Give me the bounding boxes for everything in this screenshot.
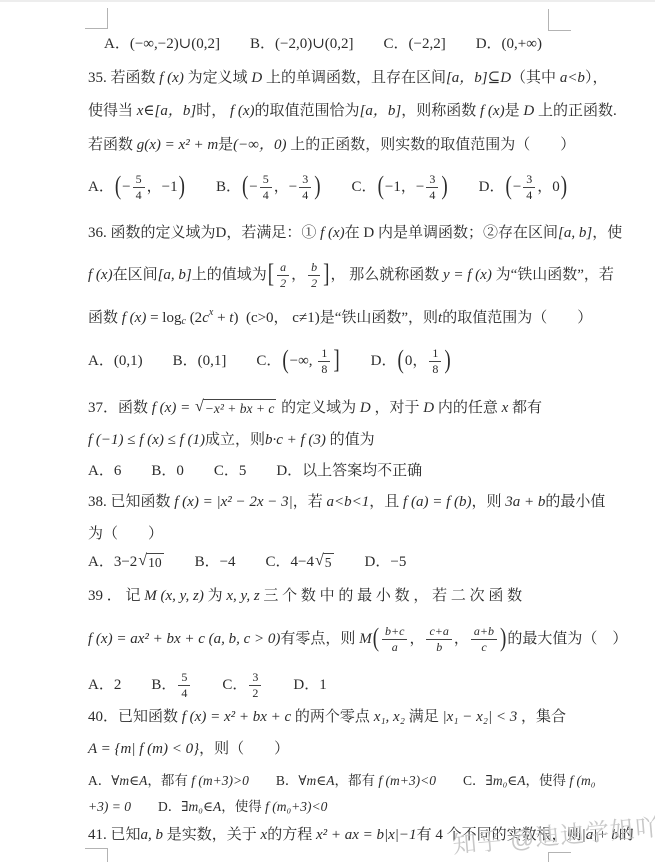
math-run: ∀m∈A bbox=[111, 773, 147, 789]
big-bracket: ) bbox=[441, 171, 447, 203]
math-run: f (m+3)>0 bbox=[191, 773, 249, 789]
math-run: f (m+3)<0 bbox=[378, 773, 436, 789]
text-line: A．3−2√10 B．−4 C．4−4√5 D．−5 bbox=[88, 549, 406, 575]
big-bracket: ( bbox=[378, 171, 384, 203]
big-bracket: ( bbox=[115, 171, 121, 203]
math-run: (−∞，0) bbox=[233, 136, 286, 154]
text-line: A．(−54，−1) B．(−54，−34) C．(−1，−34) D．(−34… bbox=[88, 166, 568, 208]
text-run: + bbox=[213, 309, 229, 327]
text-run: 函数 bbox=[88, 309, 122, 327]
text-run: ，对于 bbox=[371, 399, 424, 417]
text-run: 36. 函数的定义域为D，若满足：① bbox=[88, 224, 320, 242]
math-run: D bbox=[360, 399, 371, 417]
text-run: A．(−∞,−2)∪(0,2] B．(−2,0)∪(0,2] C．(−2,2] … bbox=[104, 35, 542, 53]
text-line: A．2 B．54 C．32 D．1 bbox=[88, 664, 327, 706]
text-run: 若函数 bbox=[88, 136, 137, 154]
text-run: ) (c>0， c≠1)是“铁山函数”，则 bbox=[233, 309, 438, 327]
math-run: b·c + f (3) bbox=[265, 431, 326, 449]
text-run: D． bbox=[341, 352, 397, 370]
fraction: 54 bbox=[260, 173, 272, 201]
text-run: A．6 B．0 C．5 D．以上答案均不正确 bbox=[88, 462, 422, 480]
fraction: 34 bbox=[299, 173, 311, 201]
text-run: D． bbox=[131, 799, 181, 815]
text-run: 38. 已知函数 bbox=[88, 493, 174, 511]
text-run: 的定义域为 bbox=[277, 399, 360, 417]
text-line: 使得当 x∈[a，b]时， f (x)的取值范围恰为[a，b]，则称函数 f (… bbox=[88, 100, 617, 122]
text-run: ， bbox=[454, 630, 469, 648]
text-boundary-mark-top-right bbox=[548, 9, 571, 31]
math-run: D bbox=[423, 399, 434, 417]
math-run: c bbox=[202, 309, 209, 327]
math-run: x bbox=[502, 399, 509, 417]
big-bracket: ) bbox=[179, 171, 185, 203]
math-run: f (x) = bbox=[152, 399, 194, 417]
fraction: b2 bbox=[308, 261, 320, 289]
text-run: B． bbox=[249, 773, 299, 789]
radical: √5 bbox=[315, 553, 334, 572]
math-run: [a，b] bbox=[360, 102, 402, 120]
text-line: A．(−∞,−2)∪(0,2] B．(−2,0)∪(0,2] C．(−2,2] … bbox=[104, 33, 542, 55]
fraction: 34 bbox=[426, 173, 438, 201]
text-run: 35. 若函数 bbox=[88, 69, 159, 87]
math-run: |x₁ − x₂| < 3 bbox=[442, 708, 517, 726]
text-run: ，都有 bbox=[335, 773, 379, 789]
text-run: 39 ． 记 bbox=[88, 587, 144, 605]
math-run: f (x) bbox=[88, 266, 113, 284]
fraction: c+ab bbox=[426, 625, 451, 653]
text-line: A = {m| f (m) < 0}，则（ ） bbox=[88, 738, 289, 760]
text-run: （其中 bbox=[511, 69, 560, 87]
text-run: ，0 bbox=[537, 178, 560, 196]
radical: √−x² + bx + c bbox=[195, 399, 276, 418]
fraction: 54 bbox=[178, 671, 190, 699]
text-line: +3) = 0 D．∃m₀∈A，使得 f (m₀+3)<0 bbox=[88, 796, 327, 818]
text-run: 为 bbox=[204, 587, 227, 605]
math-run: [a, b] bbox=[158, 266, 192, 284]
math-run: M bbox=[359, 630, 372, 648]
text-line: 若函数 g(x) = x² + m是(−∞，0) 上的正函数，则实数的取值范围为… bbox=[88, 134, 575, 156]
text-line: A．∀m∈A，都有 f (m+3)>0 B．∀m∈A，都有 f (m+3)<0 … bbox=[88, 770, 595, 792]
text-run: 上的正函数，则实数的取值范围为（ ） bbox=[286, 136, 575, 154]
big-bracket: ] bbox=[323, 259, 329, 291]
math-run: f (x) bbox=[320, 224, 345, 242]
text-run: 40．已知函数 bbox=[88, 708, 182, 726]
math-run: g(x) = x² + m bbox=[137, 136, 218, 154]
text-run: A．3−2 bbox=[88, 553, 137, 571]
text-run: 41. 已知 bbox=[88, 826, 141, 844]
fraction: 34 bbox=[523, 173, 535, 201]
text-run: 满足 bbox=[405, 708, 443, 726]
text-run: ，− bbox=[274, 178, 297, 196]
text-line: A．6 B．0 C．5 D．以上答案均不正确 bbox=[88, 460, 422, 482]
math-run: D bbox=[523, 102, 534, 120]
math-run: y = f (x) bbox=[443, 266, 492, 284]
text-run: C． bbox=[322, 178, 377, 196]
text-run: ，使得 bbox=[526, 773, 570, 789]
text-run: ，集合 bbox=[517, 708, 566, 726]
text-run: 为（ ） bbox=[88, 525, 163, 543]
text-run: 使得当 bbox=[88, 102, 137, 120]
text-run: 0， bbox=[405, 352, 428, 370]
math-run: x∈[a，b] bbox=[137, 102, 196, 120]
text-run: 的最大值为（ ） bbox=[507, 630, 627, 648]
text-run: 是 bbox=[505, 102, 524, 120]
text-run: ，且 bbox=[369, 493, 403, 511]
big-bracket: ( bbox=[397, 345, 403, 377]
math-run: [a，b]⊆D bbox=[446, 69, 511, 87]
text-run: 是 bbox=[218, 136, 233, 154]
math-run: ∃m₀∈A bbox=[486, 773, 526, 789]
fraction: 54 bbox=[133, 173, 145, 201]
text-boundary-mark-bottom-right bbox=[548, 852, 571, 862]
superscript: x bbox=[209, 307, 213, 319]
text-line: f (x) = ax² + bx + c (a, b, c > 0)有零点，则 … bbox=[88, 616, 627, 662]
math-run: f (a) = f (b) bbox=[403, 493, 471, 511]
text-run: D．−5 bbox=[335, 553, 407, 571]
text-run: 为定义域 bbox=[184, 69, 252, 87]
text-boundary-mark-top-left bbox=[85, 8, 108, 29]
math-run: +3) = 0 bbox=[88, 799, 131, 815]
math-run: f (−1) ≤ f (x) ≤ f (1) bbox=[88, 431, 205, 449]
math-run: A = {m| f (m) < 0} bbox=[88, 740, 199, 758]
text-run: 上的正函数. bbox=[534, 102, 617, 120]
text-run: 上的单调函数，且存在区间 bbox=[262, 69, 446, 87]
big-bracket: ) bbox=[314, 171, 320, 203]
text-run: −∞, bbox=[290, 352, 317, 370]
math-run: f (x) bbox=[480, 102, 505, 120]
text-run: A． bbox=[88, 773, 111, 789]
text-run: − bbox=[249, 178, 257, 196]
text-run: 37．函数 bbox=[88, 399, 152, 417]
fraction: 32 bbox=[249, 671, 261, 699]
fraction: a+bc bbox=[471, 625, 497, 653]
math-run: M (x, y, z) bbox=[144, 587, 204, 605]
text-run: − bbox=[122, 178, 130, 196]
text-run: ，若 bbox=[293, 493, 327, 511]
big-bracket: ( bbox=[282, 345, 288, 377]
text-run: D．1 bbox=[263, 676, 326, 694]
math-run: ∀m∈A bbox=[298, 773, 334, 789]
math-run: f (x) bbox=[122, 309, 147, 327]
text-run: ，都有 bbox=[147, 773, 191, 789]
text-run: 内的任意 bbox=[434, 399, 502, 417]
radical: √10 bbox=[138, 553, 163, 572]
text-run: 三 个 数 中 的 最 小 数 ， 若 二 次 函 数 bbox=[260, 587, 523, 605]
text-run: 的两个零点 bbox=[291, 708, 374, 726]
text-run: = log bbox=[146, 309, 181, 327]
text-run: A．2 B． bbox=[88, 676, 176, 694]
text-boundary-mark-bottom-left bbox=[85, 848, 108, 862]
text-line: 35. 若函数 f (x) 为定义域 D 上的单调函数，且存在区间[a，b]⊆D… bbox=[88, 67, 607, 89]
text-line: 38. 已知函数 f (x) = |x² − 2x − 3|，若 a<b<1，且… bbox=[88, 491, 605, 513]
big-bracket: ] bbox=[333, 345, 339, 377]
text-run: 的值为 bbox=[326, 431, 375, 449]
text-run: 是实数，关于 bbox=[163, 826, 261, 844]
math-run: x bbox=[261, 826, 268, 844]
text-run: ， 那么就称函数 bbox=[330, 266, 443, 284]
text-run: ，−1 bbox=[147, 178, 178, 196]
text-line: 36. 函数的定义域为D，若满足：① f (x)在 D 内是单调函数；②存在区间… bbox=[88, 222, 622, 244]
text-run: 的方程 bbox=[267, 826, 316, 844]
text-run: A．(0,1) B．(0,1] C． bbox=[88, 352, 281, 370]
text-line: 为（ ） bbox=[88, 523, 163, 545]
text-run: (2 bbox=[186, 309, 202, 327]
text-line: 40．已知函数 f (x) = x² + bx + c 的两个零点 x₁, x₂… bbox=[88, 706, 566, 728]
math-run: f (x) = x² + bx + c bbox=[182, 708, 291, 726]
math-run: [a, b] bbox=[558, 224, 592, 242]
big-bracket: ( bbox=[505, 171, 511, 203]
text-run: ，则 bbox=[471, 493, 505, 511]
text-run: 的取值范围为（ ） bbox=[442, 309, 592, 327]
math-run: f (x) = ax² + bx + c (a, b, c > 0) bbox=[88, 630, 280, 648]
math-run: f (m₀+3)<0 bbox=[265, 799, 327, 815]
text-run: 为“铁山函数”，若 bbox=[492, 266, 614, 284]
text-run: 上的值域为 bbox=[192, 266, 267, 284]
text-run: 有零点，则 bbox=[280, 630, 359, 648]
math-run: ∃m₀∈A bbox=[181, 799, 221, 815]
text-run: ， bbox=[291, 266, 306, 284]
text-line: 39 ． 记 M (x, y, z) 为 x, y, z 三 个 数 中 的 最… bbox=[88, 585, 522, 607]
math-run: x, y, z bbox=[226, 587, 259, 605]
math-run: f (m₀ bbox=[569, 773, 595, 789]
text-run: 的最小值 bbox=[545, 493, 605, 511]
math-run: x₁, x₂ bbox=[374, 708, 405, 726]
big-bracket: ) bbox=[444, 345, 450, 377]
math-run: f (x) bbox=[159, 69, 184, 87]
math-run: a, b bbox=[141, 826, 164, 844]
text-run: ，则称函数 bbox=[401, 102, 480, 120]
text-run: − bbox=[513, 178, 521, 196]
text-line: f (x)在区间[a, b]上的值域为[a2，b2]， 那么就称函数 y = f… bbox=[88, 251, 614, 299]
text-run: ，使得 bbox=[221, 799, 265, 815]
text-line: A．(0,1) B．(0,1] C．(−∞, 18] D．(0，18) bbox=[88, 339, 452, 383]
text-run: B． bbox=[186, 178, 241, 196]
text-run: C． bbox=[436, 773, 486, 789]
fraction: b+ca bbox=[382, 625, 407, 653]
text-run: D． bbox=[449, 178, 505, 196]
document-page: A．(−∞,−2)∪(0,2] B．(−2,0)∪(0,2] C．(−2,2] … bbox=[0, 0, 655, 862]
text-run: ， bbox=[409, 630, 424, 648]
text-run: A． bbox=[88, 178, 114, 196]
math-run: f (x) bbox=[230, 102, 255, 120]
text-run: 的取值范围恰为 bbox=[255, 102, 360, 120]
text-run: 在 D 内是单调函数；②存在区间 bbox=[345, 224, 558, 242]
text-line: 函数 f (x) = logc (2cx + t) (c>0， c≠1)是“铁山… bbox=[88, 307, 592, 329]
text-run: 成立，则 bbox=[205, 431, 265, 449]
math-run: D bbox=[251, 69, 262, 87]
fraction: 18 bbox=[318, 347, 330, 375]
math-run: 3a + b bbox=[505, 493, 545, 511]
text-line: 37．函数 f (x) = √−x² + bx + c 的定义域为 D ，对于 … bbox=[88, 395, 542, 421]
text-line: f (−1) ≤ f (x) ≤ f (1)成立，则b·c + f (3) 的值… bbox=[88, 429, 375, 451]
text-run: ，则（ ） bbox=[199, 740, 289, 758]
text-run: 都有 bbox=[508, 399, 542, 417]
big-bracket: ) bbox=[500, 623, 506, 655]
text-run: C． bbox=[192, 676, 247, 694]
text-run: ）， bbox=[585, 69, 608, 87]
big-bracket: ( bbox=[373, 623, 379, 655]
text-run: B．−4 C．4−4 bbox=[165, 553, 314, 571]
math-run: f (x) = |x² − 2x − 3| bbox=[174, 493, 293, 511]
math-run: a<b<1 bbox=[327, 493, 370, 511]
math-run: a<b bbox=[560, 69, 585, 87]
big-bracket: ) bbox=[561, 171, 567, 203]
page-edge-shadow bbox=[0, 0, 655, 2]
subscript: c bbox=[181, 316, 185, 328]
math-run: x² + ax = b|x|−1 bbox=[316, 826, 417, 844]
big-bracket: ( bbox=[242, 171, 248, 203]
fraction: a2 bbox=[277, 261, 289, 289]
text-run: ，使 bbox=[592, 224, 622, 242]
fraction: 18 bbox=[429, 347, 441, 375]
big-bracket: [ bbox=[268, 259, 274, 291]
text-run: 时， bbox=[196, 102, 230, 120]
text-run: −1，− bbox=[385, 178, 424, 196]
text-run: 在区间 bbox=[113, 266, 158, 284]
